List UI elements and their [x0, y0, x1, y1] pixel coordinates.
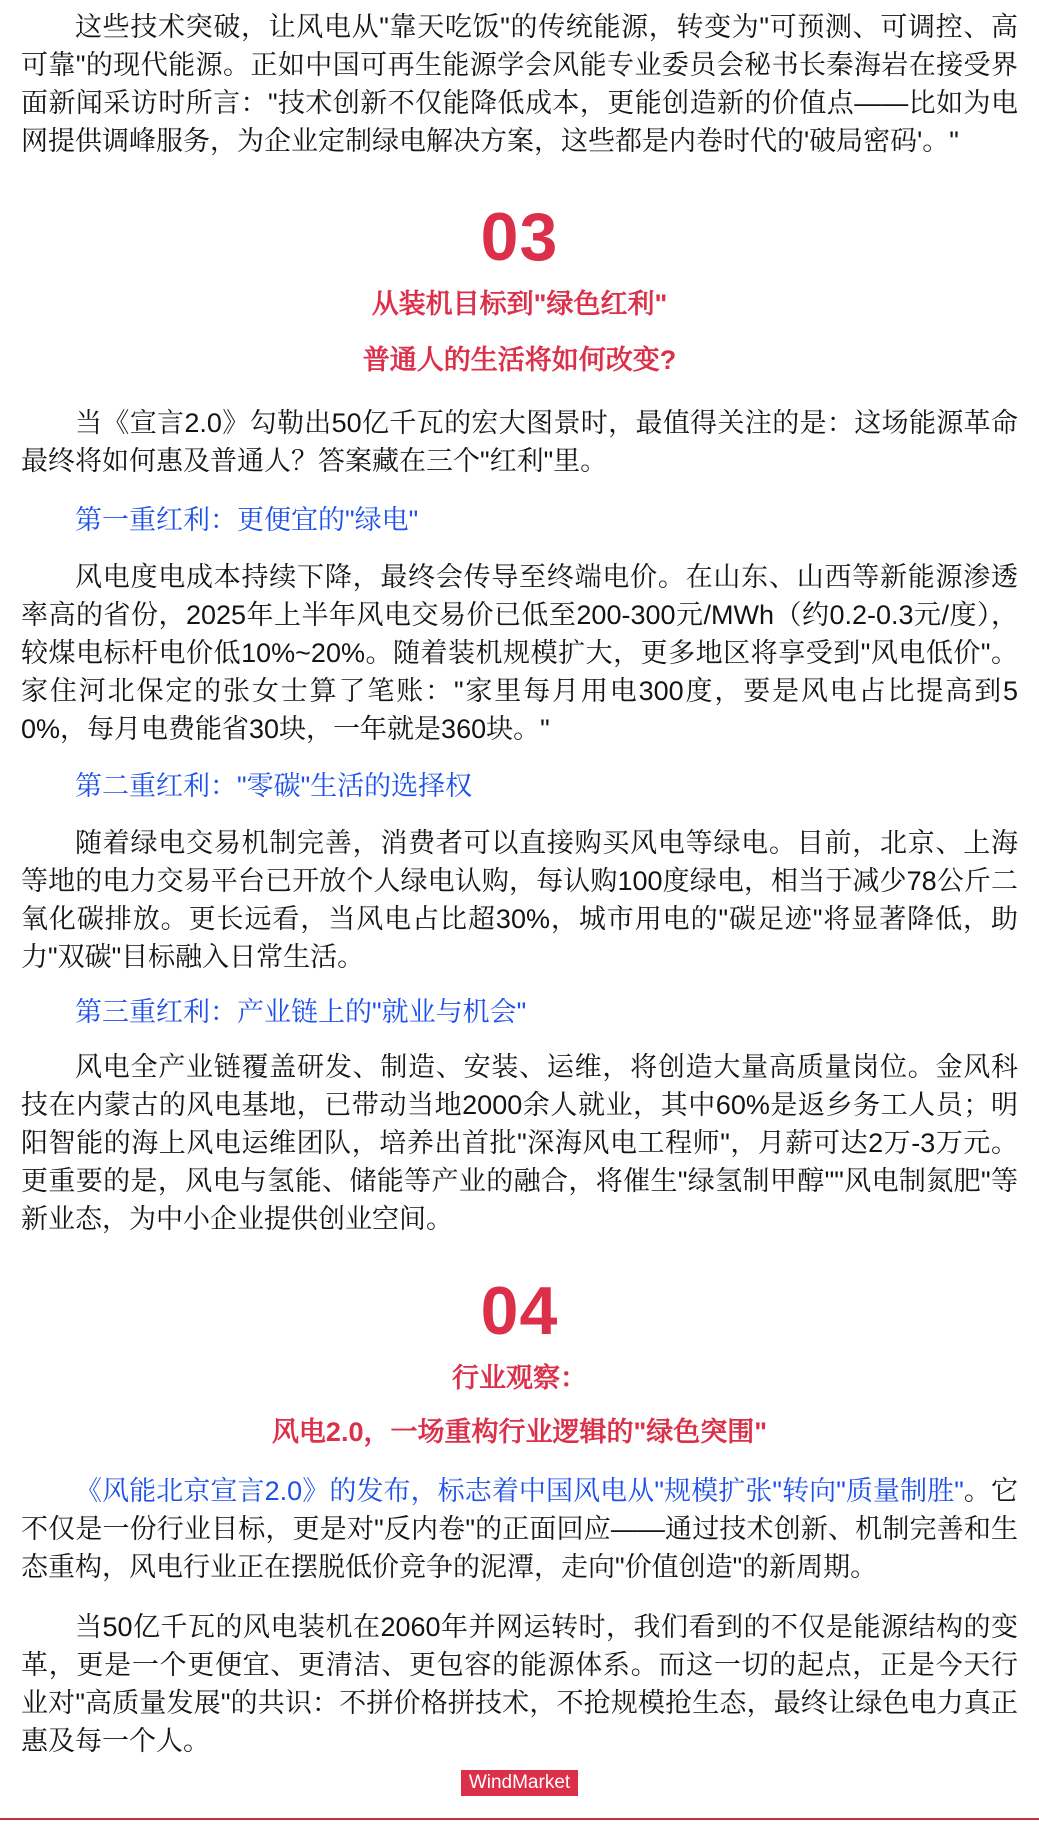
- benefit-3-heading: 第三重红利：产业链上的"就业与机会": [21, 996, 1018, 1028]
- section-03-number: 03: [21, 208, 1018, 266]
- section-04-number: 04: [21, 1282, 1018, 1340]
- declaration-link[interactable]: 《风能北京宣言2.0》的发布，标志着中国风电从"规模扩张"转向"质量制胜": [75, 1476, 964, 1506]
- section-04-paragraph-2: 当50亿千瓦的风电装机在2060年并网运转时，我们看到的不仅是能源结构的变革，更…: [21, 1608, 1018, 1760]
- section-04-title-line1: 行业观察：: [21, 1362, 1018, 1394]
- benefit-1-heading: 第一重红利：更便宜的"绿电": [21, 504, 1018, 536]
- benefit-2-paragraph: 随着绿电交易机制完善，消费者可以直接购买风电等绿电。目前，北京、上海等地的电力交…: [21, 824, 1018, 976]
- benefit-1-paragraph: 风电度电成本持续下降，最终会传导至终端电价。在山东、山西等新能源渗透率高的省份，…: [21, 558, 1018, 748]
- section-03-lead-paragraph: 当《宣言2.0》勾勒出50亿千瓦的宏大图景时，最值得关注的是：这场能源革命最终将…: [21, 404, 1018, 480]
- intro-paragraph: 这些技术突破，让风电从"靠天吃饭"的传统能源，转变为"可预测、可调控、高可靠"的…: [21, 8, 1018, 160]
- windmarket-badge: WindMarket: [461, 1770, 578, 1796]
- benefit-3-paragraph: 风电全产业链覆盖研发、制造、安装、运维，将创造大量高质量岗位。金风科技在内蒙古的…: [21, 1048, 1018, 1238]
- section-04-title-line2: 风电2.0，一场重构行业逻辑的"绿色突围": [21, 1416, 1018, 1448]
- section-04-paragraph-1: 《风能北京宣言2.0》的发布，标志着中国风电从"规模扩张"转向"质量制胜"。它不…: [21, 1472, 1018, 1586]
- footer-divider: [0, 1818, 1039, 1820]
- article-body: 这些技术突破，让风电从"靠天吃饭"的传统能源，转变为"可预测、可调控、高可靠"的…: [0, 8, 1039, 1796]
- section-03-title-line2: 普通人的生活将如何改变?: [21, 344, 1018, 376]
- section-03-title-line1: 从装机目标到"绿色红利": [21, 288, 1018, 320]
- footer-badge-row: WindMarket: [21, 1770, 1018, 1796]
- benefit-2-heading: 第二重红利："零碳"生活的选择权: [21, 770, 1018, 802]
